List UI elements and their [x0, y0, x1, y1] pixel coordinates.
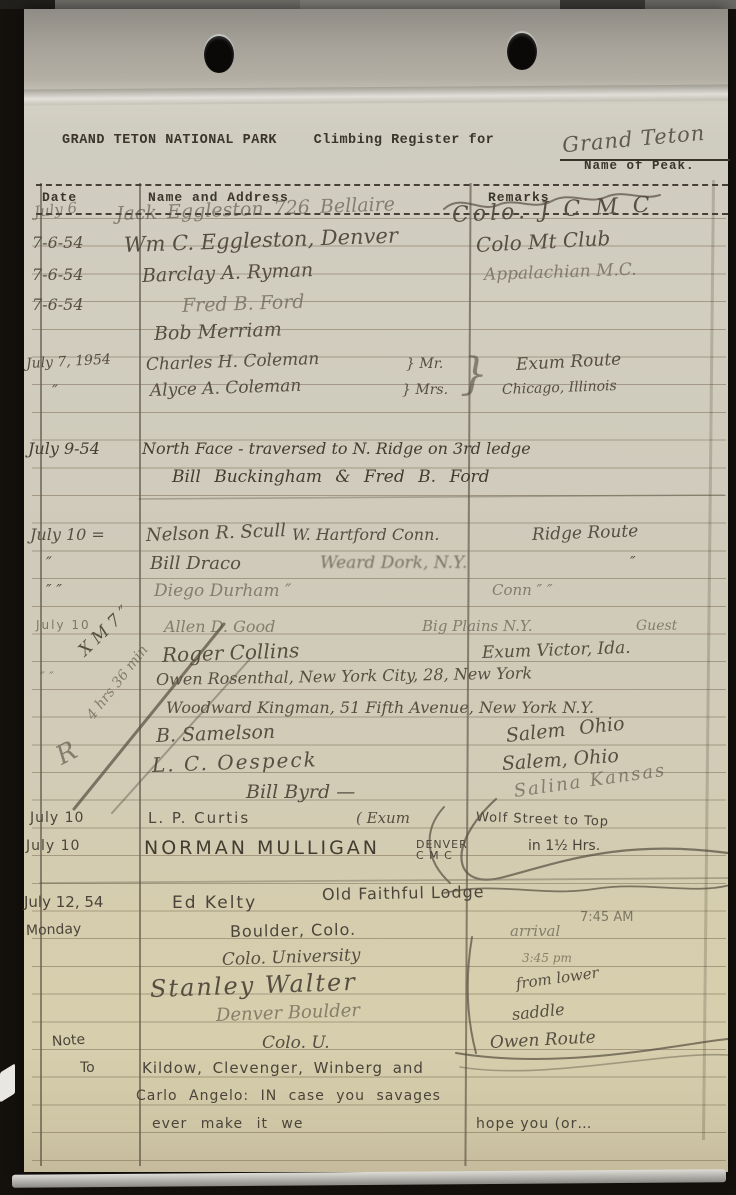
margin-note-3: R — [52, 737, 81, 769]
register-page: GRAND TETON NATIONAL PARK Climbing Regis… — [24, 9, 728, 1172]
photo-background: GRAND TETON NATIONAL PARK Climbing Regis… — [0, 0, 736, 1195]
torn-edge-highlight — [0, 1063, 15, 1102]
margin-note-1: X M 7 ″ — [76, 604, 133, 660]
remarks-brace: } — [460, 353, 488, 397]
margin-note-2: 4 hrs 36 min — [84, 643, 150, 722]
date-ditto: ″ ″ — [40, 671, 54, 684]
margin-scribbles: }X M 7 ″4 hrs 36 minR″ ″ — [24, 9, 728, 1172]
shelf-edge — [0, 0, 736, 9]
